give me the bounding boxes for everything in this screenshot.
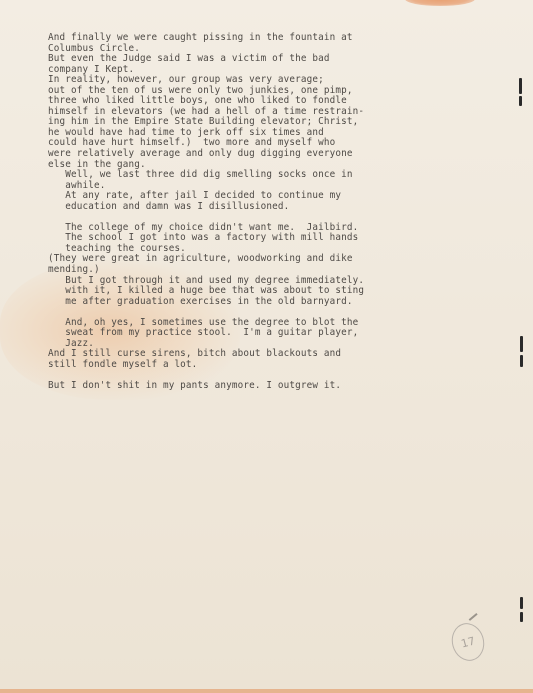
paragraph: But even the Judge said I was a victim o… xyxy=(48,54,488,75)
paragraph: In reality, however, our group was very … xyxy=(48,75,488,170)
text-line: And finally we were caught pissing in th… xyxy=(48,33,488,44)
paragraph: But I don't shit in my pants anymore. I … xyxy=(48,381,488,392)
staple-mark-bottom xyxy=(520,597,523,609)
pencil-mark xyxy=(469,613,478,621)
text-line: were relatively average and only dug dig… xyxy=(48,149,488,160)
paragraph: (They were great in agriculture, woodwor… xyxy=(48,254,488,275)
page-bottom-edge xyxy=(0,689,533,693)
staple-mark-bottom-lower xyxy=(520,612,523,622)
paragraph: And I still curse sirens, bitch about bl… xyxy=(48,349,488,370)
staple-mark-top xyxy=(519,78,522,94)
text-line: me after graduation exercises in the old… xyxy=(48,297,488,308)
staple-mark-top-lower xyxy=(519,96,522,106)
paragraph: And, oh yes, I sometimes use the degree … xyxy=(48,318,488,350)
text-line: still fondle myself a lot. xyxy=(48,360,488,371)
staple-mark-middle xyxy=(520,336,523,352)
text-line: But I don't shit in my pants anymore. I … xyxy=(48,381,488,392)
handwritten-page-number: 17 xyxy=(448,620,489,665)
paragraph: But I got through it and used my degree … xyxy=(48,276,488,308)
paragraph: And finally we were caught pissing in th… xyxy=(48,33,488,54)
paragraph: The college of my choice didn't want me.… xyxy=(48,223,488,255)
text-line: Well, we last three did dig smelling soc… xyxy=(48,170,488,181)
staple-mark-middle-lower xyxy=(520,355,523,367)
text-line: (They were great in agriculture, woodwor… xyxy=(48,254,488,265)
typewritten-text: And finally we were caught pissing in th… xyxy=(48,33,488,392)
paragraph: At any rate, after jail I decided to con… xyxy=(48,191,488,212)
text-line: mending.) xyxy=(48,265,488,276)
paper-stain-top xyxy=(405,0,475,6)
text-line: education and damn was I disillusioned. xyxy=(48,202,488,213)
text-line: sweat from my practice stool. I'm a guit… xyxy=(48,328,488,339)
scanned-page: And finally we were caught pissing in th… xyxy=(0,0,533,693)
paragraph: Well, we last three did dig smelling soc… xyxy=(48,170,488,191)
